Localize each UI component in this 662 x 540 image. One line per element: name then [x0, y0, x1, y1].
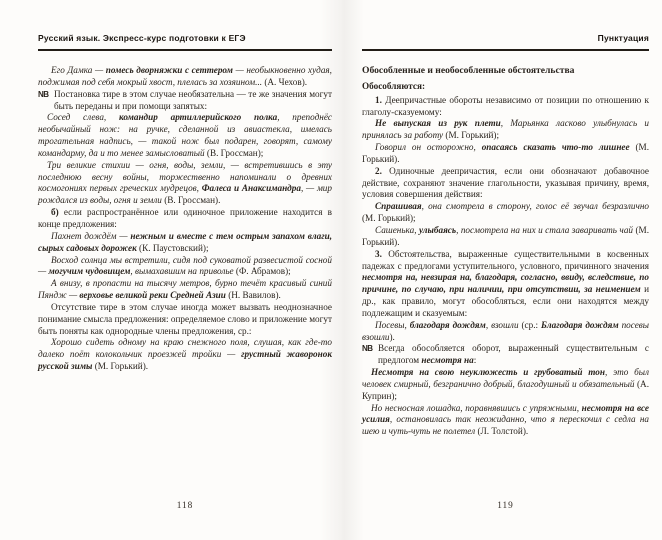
left-page-content: Его Дамка — помесь дворняжки с сеттером … — [38, 65, 332, 373]
text-run: командир артиллерийского полка — [119, 112, 277, 122]
text-run: (В. Гроссман); — [207, 148, 263, 158]
text-run: б) — [51, 207, 59, 217]
example-gorky-1: Не выпуская из рук плети, Марьянка ласко… — [362, 118, 649, 142]
subsection-title: Обособляются: — [362, 81, 649, 93]
text-run: Говорил он осторожно, — [375, 142, 482, 152]
text-run: 2. — [375, 166, 382, 176]
item-3: 3. Обстоятельства, выраженные существите… — [362, 249, 649, 320]
text-run: , вымахавшим на приволье — [130, 266, 236, 276]
text-run: Обособляются: — [362, 81, 425, 91]
right-header-rule — [362, 49, 649, 51]
page-left: Русский язык. Экспресс-курс подготовки к… — [38, 33, 332, 525]
page-right: Пунктуация Обособленные и необособленные… — [362, 33, 649, 525]
text-run: благодаря дождям — [410, 320, 486, 330]
text-run: Но несносная лошадка, поравнявшись с упр… — [371, 403, 582, 413]
left-page-number: 118 — [38, 501, 332, 511]
right-header-text: Пунктуация — [598, 33, 649, 43]
section-title: Обособленные и необособленные обстоятель… — [362, 65, 649, 77]
item-2: 2. Одиночные деепричастия, если они обоз… — [362, 166, 649, 202]
left-header-rule — [38, 49, 332, 51]
text-run: 1. — [375, 95, 382, 105]
text-run: ). — [389, 332, 394, 342]
text-run: могучим чудовищем — [48, 266, 130, 276]
text-run: Обособленные и необособленные обстоятель… — [362, 65, 574, 76]
text-run: , она смотрела в сторону, голос её звуча… — [422, 201, 649, 211]
example-crops: Посевы, благодаря дождям, взошли (ср.: Б… — [362, 320, 649, 344]
text-run: (В. Гроссман). — [164, 195, 220, 205]
example-gorky-2: Говорил он осторожно, опасаясь сказать ч… — [362, 142, 649, 166]
nb-example-grossman-2: Три великие стихии — огня, воды, земли, … — [38, 160, 332, 207]
rule-item-b: б) если распространённое или одиночное п… — [38, 207, 332, 231]
left-running-head: Русский язык. Экспресс-курс подготовки к… — [38, 33, 332, 43]
example-gorky-4: Сашенька, улыбаясь, посмотрела на них и … — [362, 225, 649, 249]
text-run: Несмотря на свою неуклюжесть и грубоваты… — [371, 367, 605, 377]
left-header-text: Русский язык. Экспресс-курс подготовки к… — [38, 33, 246, 43]
example-paustovsky: Пахнет дождём — нежным и вместе с тем ос… — [38, 231, 332, 255]
text-run: (М. Горький); — [362, 213, 416, 223]
nb-example-grossman-1: Сосед слева, командир артиллерийского по… — [38, 112, 332, 159]
text-run: : — [474, 355, 477, 365]
example-abramov: Восход солнца мы встретили, сидя под сук… — [38, 255, 332, 279]
right-page-content: Обособленные и необособленные обстоятель… — [362, 65, 649, 438]
nb-marker: NB — [38, 89, 54, 101]
text-run: (Н. Вавилов). — [226, 290, 281, 300]
text-run: (А. Чехов). — [264, 77, 307, 87]
text-run: Деепричастные обороты независимо от пози… — [362, 95, 649, 117]
text-run: Отсутствие тире в этом случае иногда мож… — [38, 302, 332, 336]
text-run: 3. — [375, 249, 382, 259]
text-run: (М. Горький); — [445, 130, 499, 140]
text-run: Постановка тире в этом случае необязател… — [54, 89, 332, 111]
text-run: (ср.: — [522, 320, 542, 330]
text-run: помесь дворняжки с сеттером — [106, 65, 233, 75]
text-run: несмотря на — [421, 355, 473, 365]
item-1: 1. Деепричастные обороты независимо от п… — [362, 95, 649, 119]
example-gorky-3: Спрашивая, она смотрела в сторону, голос… — [362, 201, 649, 225]
nb-example-kuprin: Несмотря на свою неуклюжесть и грубоваты… — [362, 367, 649, 403]
nb-example-tolstoy: Но несносная лошадка, поравнявшись с упр… — [362, 403, 649, 439]
text-run: Пахнет дождём — — [51, 231, 130, 241]
text-run: (Ф. Абрамов); — [236, 266, 291, 276]
note-ambiguity: Отсутствие тире в этом случае иногда мож… — [38, 302, 332, 338]
text-run: (М. Горький). — [92, 361, 148, 371]
text-run: Фалеса и Анаксимандра — [202, 183, 301, 193]
example-vavilov: А внизу, в пропасти на тысячу метров, бу… — [38, 278, 332, 302]
text-run: Спрашивая — [375, 201, 422, 211]
book-spread: Русский язык. Экспресс-курс подготовки к… — [0, 0, 662, 540]
text-run: Сашенька, — [375, 225, 419, 235]
text-run: (Л. Толстой). — [477, 426, 528, 436]
text-run: Его Дамка — — [51, 65, 106, 75]
nb-marker: NB — [362, 343, 378, 355]
text-run: улыбаясь — [419, 225, 456, 235]
text-run: верховье великой реки Средней Азии — [79, 290, 225, 300]
text-run: Всегда обособляется оборот, выраженный с… — [378, 343, 649, 365]
text-run: , взошли — [486, 320, 522, 330]
text-run: Посевы, — [375, 320, 410, 330]
text-run: Обстоятельства, выраженные существительн… — [362, 249, 649, 271]
text-run: опасаясь сказать что-то лишнее — [482, 142, 630, 152]
text-run: (К. Паустовский); — [137, 243, 209, 253]
example-gorky: Хорошо сидеть одному на краю снежного по… — [38, 337, 332, 373]
right-page-number: 119 — [362, 501, 649, 511]
right-running-head: Пунктуация — [362, 33, 649, 43]
text-run: , посмотрела на них и стала заваривать ч… — [456, 225, 635, 235]
text-run: Одиночные деепричастия, если они обознач… — [362, 166, 649, 200]
nb-note: NBПостановка тире в этом случае необязат… — [38, 89, 332, 113]
nb-note: NBВсегда обособляется оборот, выраженный… — [362, 343, 649, 367]
text-run: Не выпуская из рук плети — [375, 118, 501, 128]
text-run: Благодаря дождям — [541, 320, 619, 330]
text-run: несмотря на, невзирая на, благодаря, сог… — [362, 272, 649, 294]
example-chekhov: Его Дамка — помесь дворняжки с сеттером … — [38, 65, 332, 89]
text-run: Сосед слева, — [47, 112, 119, 122]
text-run: если распространённое или одиночное прил… — [38, 207, 332, 229]
